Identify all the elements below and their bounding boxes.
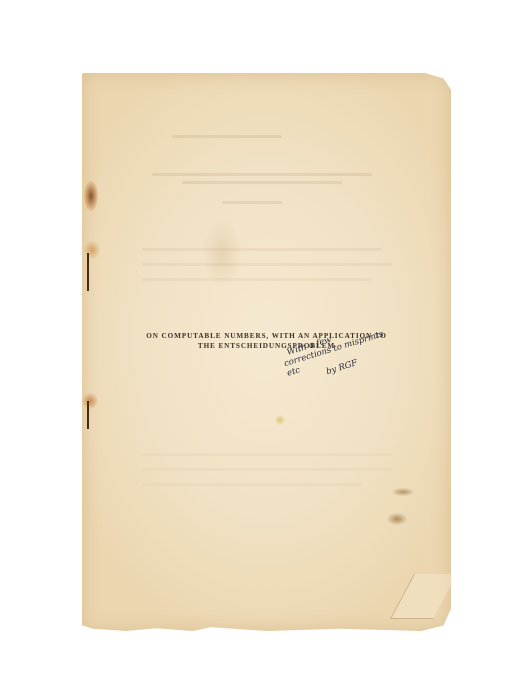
stain [84,181,98,211]
show-through-text [142,468,392,471]
stain [82,393,98,409]
folded-corner [390,574,457,619]
stain [392,488,414,496]
show-through-text [222,201,282,204]
stain [275,415,285,425]
show-through-text [182,181,342,184]
stain [387,513,407,525]
show-through-text [172,135,282,138]
show-through-text [142,248,382,251]
handwritten-inscription: With a few corrections to misprints etc … [280,318,397,388]
document-title: ON COMPUTABLE NUMBERS, WITH AN APPLICATI… [82,331,451,351]
document-page: ON COMPUTABLE NUMBERS, WITH AN APPLICATI… [82,73,451,631]
show-through-text [142,278,372,281]
title-line-2: THE ENTSCHEIDUNGSPROBLEM [82,341,451,351]
show-through-text [142,483,362,486]
show-through-text [142,453,392,456]
title-line-1: ON COMPUTABLE NUMBERS, WITH AN APPLICATI… [82,331,451,341]
show-through-text [142,263,392,266]
staple-mark [87,401,89,429]
staple-mark [87,253,89,291]
show-through-text [152,173,372,176]
